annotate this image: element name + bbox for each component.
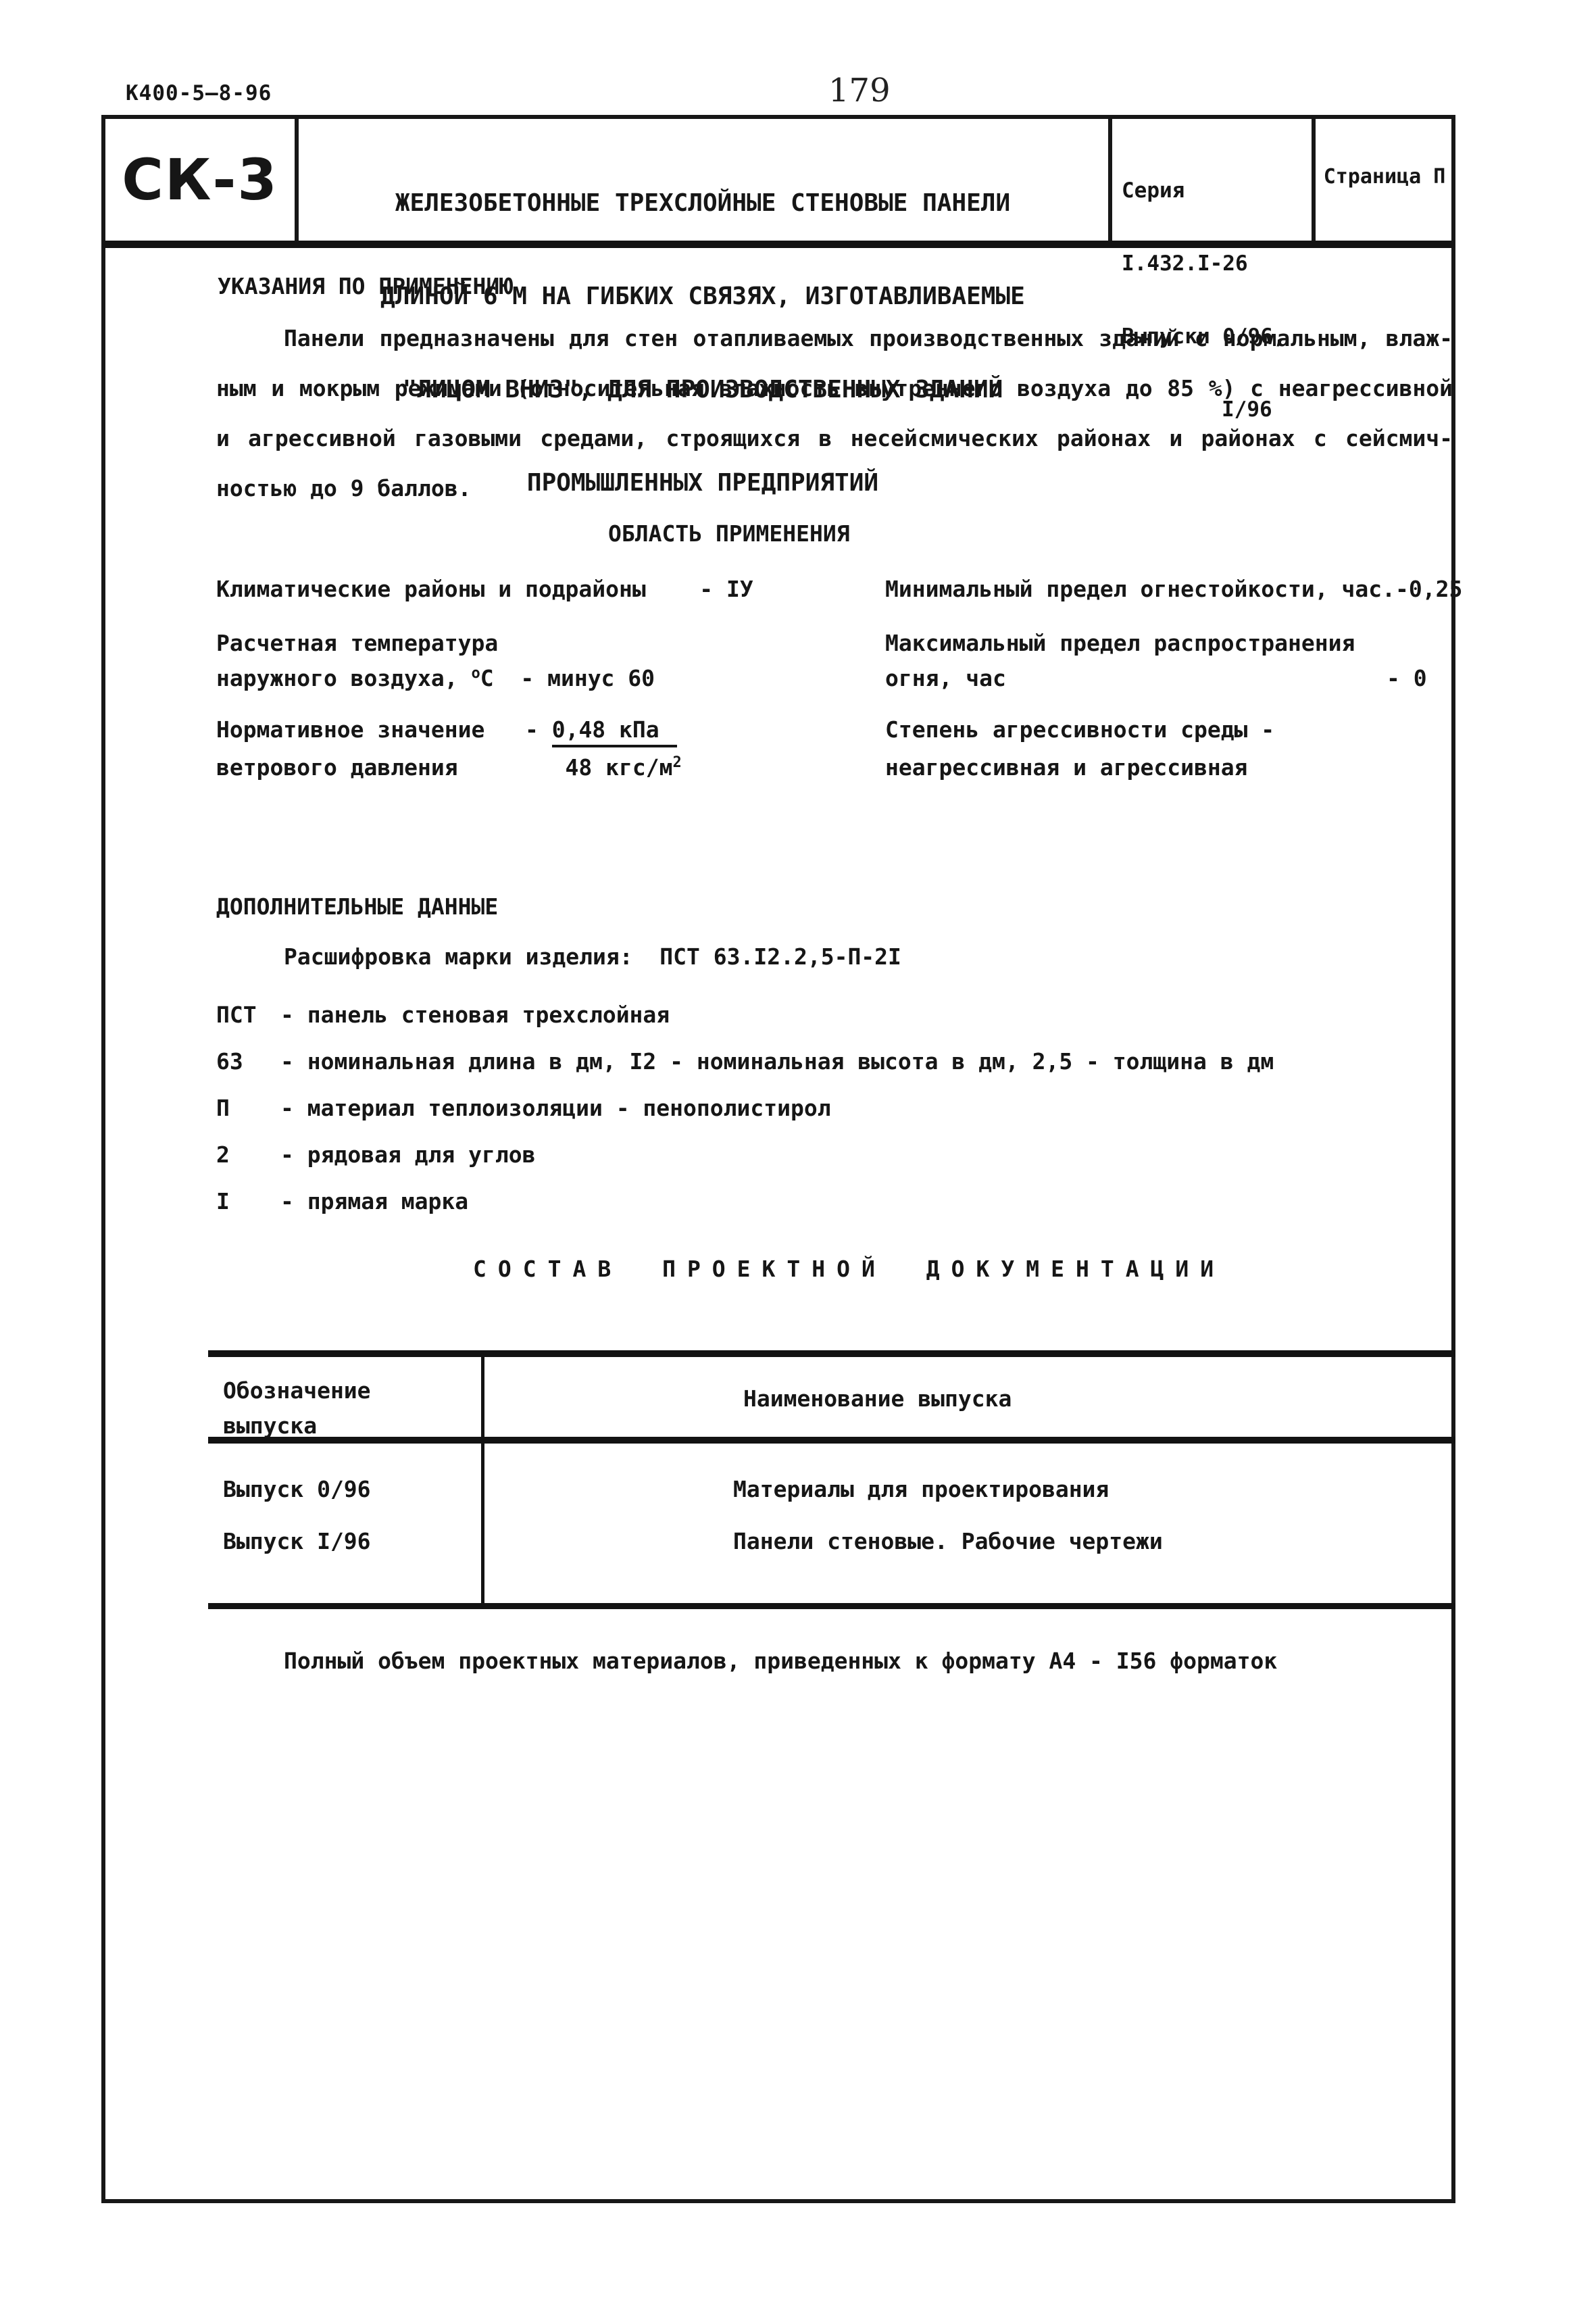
application-heading: ОБЛАСТЬ ПРИМЕНЕНИЯ <box>608 520 850 547</box>
title-line: ЖЕЛЕЗОБЕТОННЫЕ ТРЕХСЛОЙНЫЕ СТЕНОВЫЕ ПАНЕ… <box>312 188 1093 219</box>
spec-wind-pressure-line1: Нормативное значение - 0,48 кПа <box>216 716 677 743</box>
paragraph-line: ным и мокрым режимами (относительная вла… <box>216 364 1453 414</box>
table-top-rule <box>208 1350 1455 1357</box>
spec-wind-pressure-line2: ветрового давления 48 кгс/м2 <box>216 754 682 781</box>
series-label: Серия <box>1122 178 1286 203</box>
spec-fire-resistance: Минимальный предел огнестойкости, час.-0… <box>885 576 1462 603</box>
paragraph-line: и агрессивной газовыми средами, строящих… <box>216 414 1453 464</box>
spec-aggressiveness-line1: Степень агрессивности среды - <box>885 716 1274 743</box>
paragraph-line: ностью до 9 баллов. <box>216 464 1453 514</box>
degree-superscript: о <box>472 665 480 682</box>
decoding-definition: - материал теплоизоляции - пенополистиро… <box>280 1095 831 1122</box>
spec-fire-spread-line2: огня, час <box>885 665 1006 692</box>
decoding-term: 2 <box>216 1141 230 1168</box>
square-superscript: 2 <box>673 754 682 771</box>
spec-climatic-regions: Климатические районы и подрайоны - IУ <box>216 576 753 603</box>
decoding-term: I <box>216 1188 230 1215</box>
additional-heading: ДОПОЛНИТЕЛЬНЫЕ ДАННЫЕ <box>216 893 498 920</box>
mark-decoding: Расшифровка марки изделия: ПСТ 63.I2.2,5… <box>284 943 901 970</box>
page-label: Страница П <box>1316 165 1453 189</box>
table-bottom-rule <box>208 1603 1455 1609</box>
spec-design-temp-line1: Расчетная температура <box>216 630 498 657</box>
decoding-definition: - прямая марка <box>280 1188 468 1215</box>
name-cell: Панели стеновые. Рабочие чертежи <box>733 1528 1163 1555</box>
decoding-term: П <box>216 1095 230 1122</box>
spec-aggressiveness-line2: неагрессивная и агрессивная <box>885 754 1247 781</box>
spec-fire-spread-value: - 0 <box>1387 665 1427 692</box>
designation-cell: Выпуск I/96 <box>223 1528 371 1555</box>
spec-design-temp-line2: наружного воздуха, оС - минус 60 <box>216 665 655 692</box>
name-cell: Материалы для проектирования <box>733 1476 1109 1503</box>
composition-heading: СОСТАВ ПРОЕКТНОЙ ДОКУМЕНТАЦИИ <box>473 1256 1225 1283</box>
series-number: I.432.I-26 <box>1122 251 1286 276</box>
header-divider-3 <box>1312 116 1316 243</box>
spec-fire-spread-line1: Максимальный предел распространения <box>885 630 1355 657</box>
table-column-divider <box>481 1350 484 1609</box>
paragraph-line: Панели предназначены для стен отапливаем… <box>216 314 1453 364</box>
decoding-term: ПСТ <box>216 1002 257 1029</box>
header-divider-2 <box>1108 116 1112 243</box>
decoding-definition: - панель стеновая трехслойная <box>280 1002 670 1029</box>
decoding-definition: - рядовая для углов <box>280 1141 536 1168</box>
document-page: К400-5—8-96 179 СК-3 ЖЕЛЕЗОБЕТОННЫЕ ТРЕХ… <box>0 0 1596 2314</box>
designation-cell: Выпуск 0/96 <box>223 1476 371 1503</box>
wind-pressure-kpa: 0,48 кПа <box>552 716 677 747</box>
table-header-rule <box>208 1437 1455 1444</box>
table-header-name: Наименование выпуска <box>743 1385 1012 1412</box>
table-header-designation-line1: Обозначение <box>223 1377 371 1404</box>
header-divider-1 <box>295 116 299 243</box>
total-volume-note: Полный объем проектных материалов, приве… <box>284 1648 1277 1675</box>
series-mark: СК-3 <box>107 119 293 241</box>
table-header-designation-line2: выпуска <box>223 1412 317 1439</box>
usage-heading: УКАЗАНИЯ ПО ПРИМЕНЕНИЮ <box>218 273 513 300</box>
decoding-term: 63 <box>216 1048 243 1075</box>
doc-code: К400-5—8-96 <box>126 81 272 106</box>
decoding-definition: - номинальная длина в дм, I2 - номинальн… <box>280 1048 1274 1075</box>
page-number: 179 <box>828 72 891 111</box>
